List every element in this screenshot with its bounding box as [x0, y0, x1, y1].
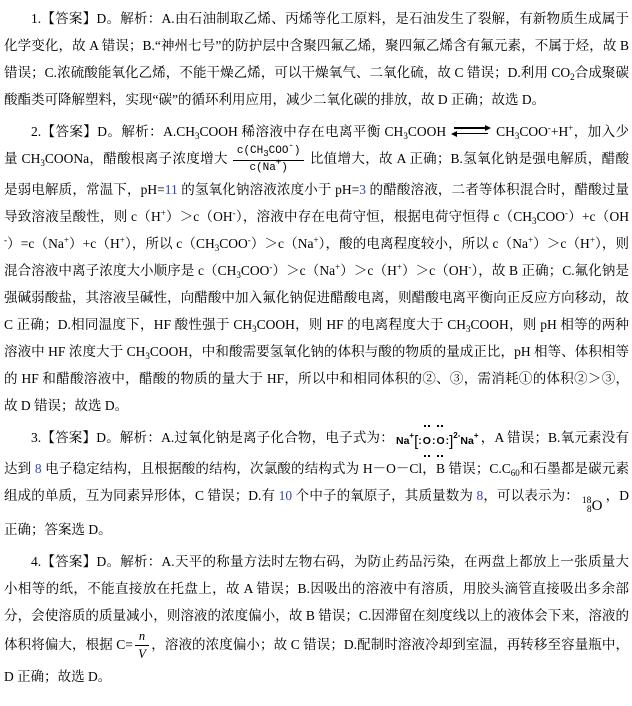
superscript: + [120, 235, 125, 245]
fraction-denominator: c(Na+) [233, 161, 305, 176]
superscript: - [565, 208, 568, 218]
highlighted-number: 3 [359, 182, 366, 197]
superscript: + [474, 431, 479, 440]
superscript: - [269, 262, 272, 272]
equilibrium-arrow-icon [452, 125, 490, 137]
superscript: + [528, 235, 533, 245]
highlighted-number: 11 [165, 182, 178, 197]
superscript: + [313, 235, 318, 245]
subscript: 3 [195, 131, 200, 141]
fraction-denominator: V [135, 646, 149, 663]
subscript: 3 [263, 149, 268, 159]
subscript: 3 [532, 216, 537, 226]
peroxide-electron-formula: Na+[:O:O:]2-Na+ [396, 428, 479, 455]
question-3-explanation: 3.【答案】D。解析：A.过氧化钠是离子化合物，电子式为：Na+[:O:O:]2… [4, 424, 629, 543]
superscript: + [335, 262, 340, 272]
superscript: - [4, 235, 7, 245]
arrow-head-right [485, 125, 491, 131]
fraction-numerator: n [135, 629, 149, 647]
subscript: 2 [570, 72, 575, 82]
fraction-formula: c(CH3COO-)c(Na+) [233, 145, 305, 176]
question-4-explanation: 4.【答案】D。解析：A.天平的称量方法时左物右码，为防止药品污染，在两盘上都放… [4, 548, 629, 690]
superscript: - [233, 208, 236, 218]
fraction-numerator: c(CH3COO-) [233, 145, 305, 161]
highlighted-number: 10 [279, 488, 293, 503]
superscript: + [276, 158, 281, 168]
fraction-formula: nV [135, 629, 149, 663]
superscript: - [288, 141, 293, 151]
superscript: - [468, 262, 471, 272]
superscript: - [248, 235, 251, 245]
text-segment: 1.【答案】D。解析：A.由石油制取乙烯、丙烯等化工原料，是石油发生了裂解，有新… [4, 11, 629, 107]
arrow-head-left [451, 131, 457, 137]
electron-formula-cation-left: Na+ [396, 435, 414, 447]
superscript: + [568, 123, 573, 133]
subscript: 3 [40, 158, 45, 168]
isotope-element-symbol: O [592, 499, 603, 514]
questions-container: 1.【答案】D。解析：A.由石油制取乙烯、丙烯等化工原料，是石油发生了裂解，有新… [4, 5, 629, 690]
superscript: + [64, 235, 69, 245]
superscript: - [548, 123, 551, 133]
subscript: 3 [403, 131, 408, 141]
superscript: + [397, 262, 402, 272]
question-1-explanation: 1.【答案】D。解析：A.由石油制取乙烯、丙烯等化工原料，是石油发生了裂解，有新… [4, 5, 629, 113]
document-page: 1.【答案】D。解析：A.由石油制取乙烯、丙烯等化工原料，是石油发生了裂解，有新… [0, 0, 632, 706]
lewis-atom: O [436, 428, 444, 455]
isotope-number-stack: 188 [582, 497, 592, 516]
subscript: 3 [145, 351, 150, 361]
superscript: + [590, 235, 595, 245]
subscript: 3 [466, 324, 471, 334]
question-2-explanation: 2.【答案】D。解析：A.CH3COOH 稀溶液中存在电离平衡 CH3COOHC… [4, 118, 629, 419]
bracket-open: [ [414, 433, 418, 450]
highlighted-number: 8 [477, 488, 484, 503]
highlighted-number: 8 [35, 461, 42, 476]
subscript: 3 [236, 270, 241, 280]
subscript: 3 [252, 324, 257, 334]
text-segment: 比值增大，故 A 正确；B.氢氧化钠是强电解质，醋酸是弱电解质，常温下，pH=1… [4, 151, 629, 412]
superscript: + [161, 208, 166, 218]
lewis-atom: O [423, 428, 431, 455]
subscript: 3 [515, 131, 520, 141]
subscript: 60 [511, 468, 520, 478]
text-segment: 3.【答案】D。解析：A.过氧化钠是离子化合物，电子式为： [31, 430, 394, 445]
oxygen-isotope-notation: 188O [582, 497, 603, 516]
text-segment: 2.【答案】D。解析：A.CH3COOH 稀溶液中存在电离平衡 CH3COOH [31, 124, 446, 139]
subscript: 3 [215, 243, 220, 253]
electron-formula-cation-right: Na+ [460, 435, 478, 447]
